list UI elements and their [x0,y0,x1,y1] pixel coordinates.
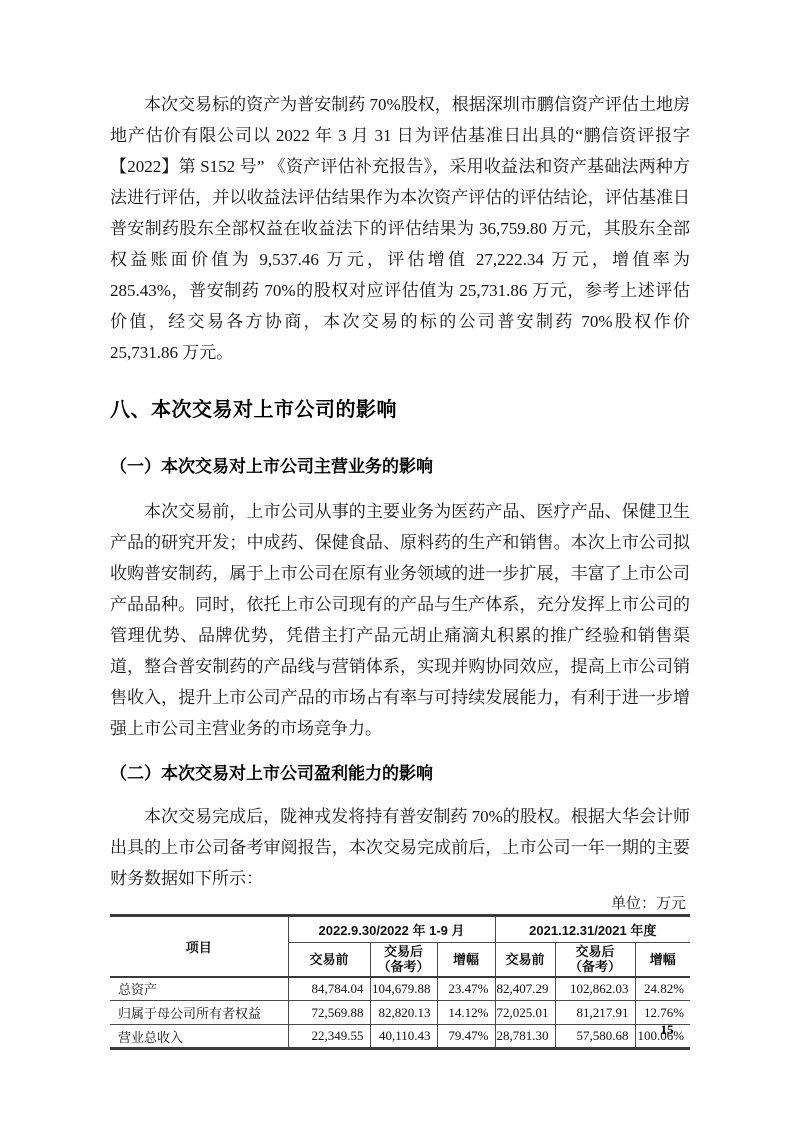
table-row-parent-equity: 归属于母公司所有者权益 72,569.88 82,820.13 14.12% 7… [110,1001,690,1025]
column-header-change-2021: 增幅 [635,943,690,977]
cell-value: 57,580.68 [555,1025,635,1049]
row-label: 归属于母公司所有者权益 [110,1001,288,1025]
cell-value: 22,349.55 [288,1025,370,1049]
column-header-item: 项目 [110,916,288,977]
cell-value: 14.12% [437,1001,495,1025]
table-unit-label: 单位：万元 [110,894,690,914]
page-content: 本次交易标的资产为普安制药 70%股权，根据深圳市鹏信资产评估土地房地产估价有限… [110,0,690,1050]
table-header-group-row: 项目 2022.9.30/2022 年 1-9 月 2021.12.31/202… [110,916,690,943]
cell-value: 23.47% [437,977,495,1001]
row-label: 总资产 [110,977,288,1001]
financial-data-table: 项目 2022.9.30/2022 年 1-9 月 2021.12.31/202… [110,914,690,1050]
table-row-total-assets: 总资产 84,784.04 104,679.88 23.47% 82,407.2… [110,977,690,1001]
cell-value: 84,784.04 [288,977,370,1001]
cell-value: 40,110.43 [370,1025,437,1049]
row-label: 营业总收入 [110,1025,288,1049]
cell-value: 24.82% [635,977,690,1001]
column-header-change-2022: 增幅 [437,943,495,977]
section-heading-8: 八、本次交易对上市公司的影响 [110,397,690,424]
column-header-post-deal-2021: 交易后 （备考） [555,943,635,977]
page-number: 15 [653,1022,681,1038]
cell-value: 12.76% [635,1001,690,1025]
cell-value: 82,407.29 [495,977,555,1001]
paragraph-main-business-impact: 本次交易前，上市公司从事的主要业务为医药产品、医疗产品、保健卫生产品的研究开发；… [110,496,690,744]
table-header: 项目 2022.9.30/2022 年 1-9 月 2021.12.31/202… [110,916,690,977]
column-header-pre-deal-2022: 交易前 [288,943,370,977]
cell-value: 72,569.88 [288,1001,370,1025]
column-header-post-deal-2022: 交易后 （备考） [370,943,437,977]
document-page: 本次交易标的资产为普安制药 70%股权，根据深圳市鹏信资产评估土地房地产估价有限… [0,0,793,1122]
subsection-heading-profitability: （二）本次交易对上市公司盈利能力的影响 [110,762,690,786]
cell-value: 104,679.88 [370,977,437,1001]
column-header-pre-deal-2021: 交易前 [495,943,555,977]
paragraph-asset-valuation: 本次交易标的资产为普安制药 70%股权，根据深圳市鹏信资产评估土地房地产估价有限… [110,89,690,368]
subsection-heading-main-business: （一）本次交易对上市公司主营业务的影响 [110,455,690,479]
column-group-2022: 2022.9.30/2022 年 1-9 月 [288,916,495,943]
cell-value: 72,025.01 [495,1001,555,1025]
paragraph-profitability-intro: 本次交易完成后，陇神戎发将持有普安制药 70%的股权。根据大华会计师出具的上市公… [110,801,690,894]
cell-value: 102,862.03 [555,977,635,1001]
cell-value: 79.47% [437,1025,495,1049]
column-group-2021: 2021.12.31/2021 年度 [495,916,690,943]
cell-value: 28,781.30 [495,1025,555,1049]
table-row-total-revenue: 营业总收入 22,349.55 40,110.43 79.47% 28,781.… [110,1025,690,1049]
cell-value: 81,217.91 [555,1001,635,1025]
cell-value: 82,820.13 [370,1001,437,1025]
